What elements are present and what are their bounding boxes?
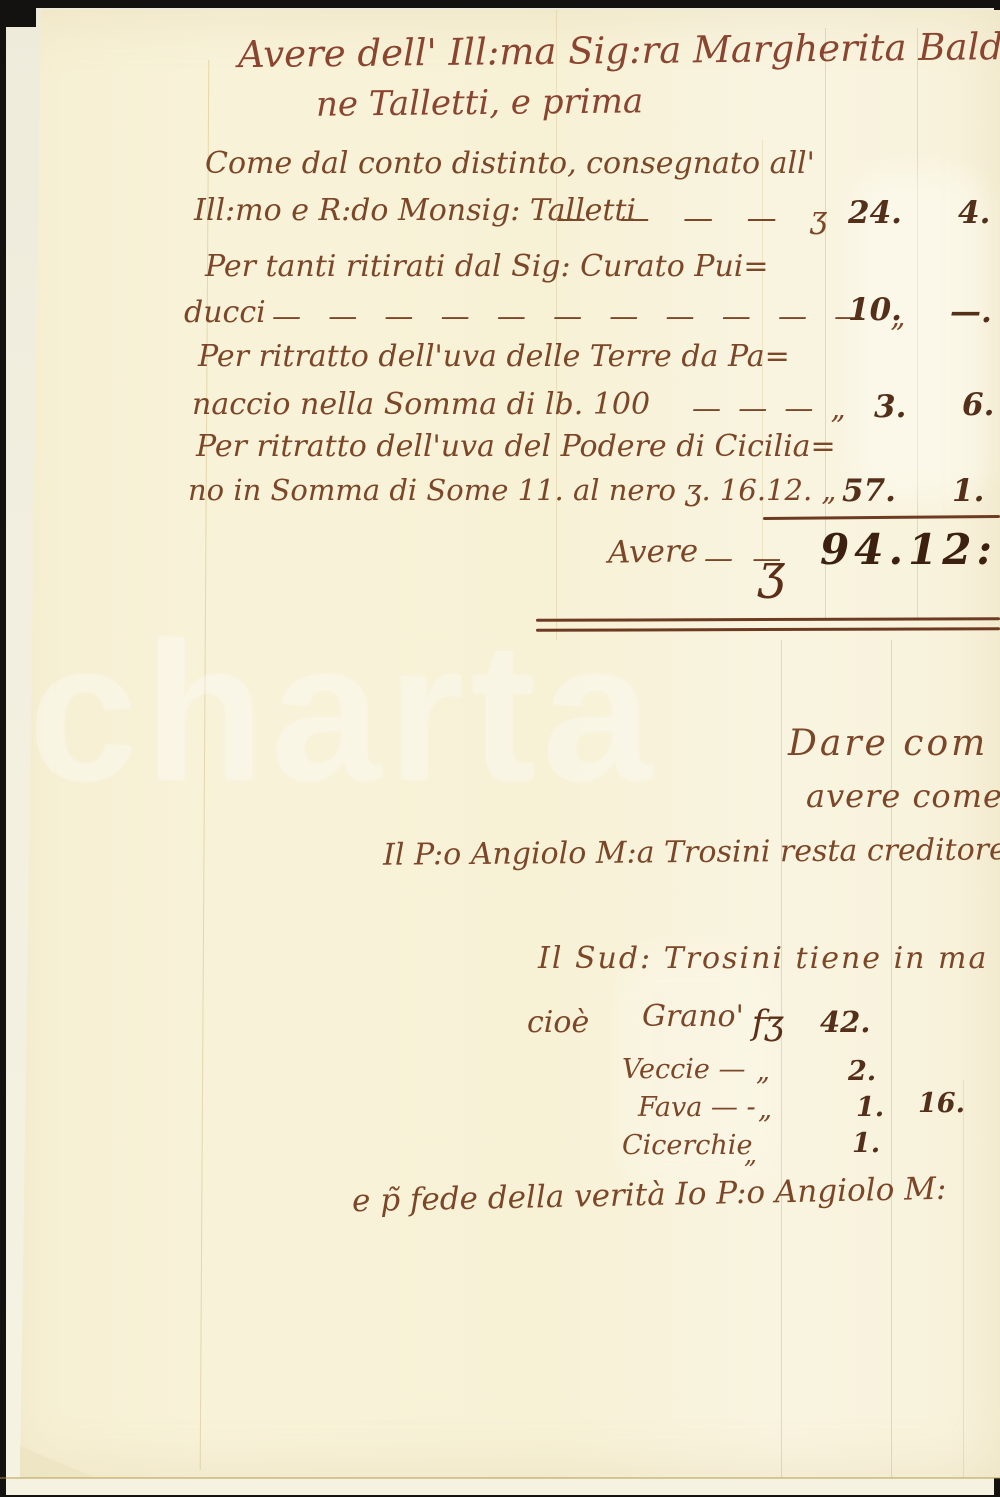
entry-3-line-2: naccio nella Somma di lb. 100 bbox=[192, 390, 650, 420]
total-value: 94.12: bbox=[820, 529, 997, 571]
entry-4-amount-soldi: 1. bbox=[952, 476, 984, 507]
entry-3-amount-soldi: 6. bbox=[962, 390, 994, 421]
grain-3-qty: 1. bbox=[856, 1094, 884, 1121]
fold-crease bbox=[781, 640, 782, 1478]
creditor-line: Il P:o Angiolo M:a Trosini resta credito… bbox=[383, 835, 1000, 870]
backdrop-corner bbox=[0, 0, 36, 27]
grain-3-qty2: 16. bbox=[918, 1090, 965, 1117]
entry-1-line-1: Come dal conto distinto, consegnato all' bbox=[205, 149, 815, 179]
entry-2-amount-lire: 10. bbox=[848, 295, 902, 326]
grain-2-unit: „ bbox=[756, 1058, 770, 1085]
entry-3-line-1: Per ritratto dell'uva delle Terre da Pa= bbox=[198, 342, 790, 372]
entry-3-dashes: — — — „ bbox=[692, 394, 846, 423]
entry-1-amount-lire: 24. bbox=[848, 198, 902, 229]
avere-line: avere come bbox=[806, 780, 1000, 812]
grain-3-name: Fava — - bbox=[638, 1094, 756, 1121]
grain-1-unit: ſʒ bbox=[752, 1006, 784, 1040]
entry-2-line-2: ducci bbox=[184, 298, 266, 328]
entry-3-amount-lire: 3. bbox=[874, 392, 906, 423]
entry-4-line-2: no in Somma di Some 11. al nero ʒ. 16.12… bbox=[188, 476, 836, 505]
dare-line: Dare com bbox=[788, 726, 988, 762]
backdrop-top-edge bbox=[0, 0, 1000, 8]
heading-line-2: ne Talletti, e prima bbox=[316, 84, 643, 121]
grain-2-qty: 2. bbox=[848, 1058, 876, 1085]
total-label: Avere bbox=[608, 536, 699, 569]
entry-4-line-1: Per ritratto dell'uva del Podere di Cici… bbox=[196, 432, 836, 462]
scanned-manuscript-photo: charta Avere dell' Ill:ma Sig:ra Margher… bbox=[0, 0, 1000, 1497]
grain-1-qty: 42. bbox=[820, 1008, 870, 1037]
fold-crease bbox=[963, 1080, 964, 1478]
entry-2-line-1: Per tanti ritirati dal Sig: Curato Pui= bbox=[205, 252, 769, 282]
grains-intro: cioè bbox=[527, 1008, 589, 1038]
grain-4-qty: 1. bbox=[852, 1130, 880, 1157]
grain-4-name: Cicerchie bbox=[622, 1132, 752, 1159]
heading-line-1: Avere dell' Ill:ma Sig:ra Margherita Bal… bbox=[238, 28, 1000, 73]
grain-2-name: Veccie — bbox=[622, 1056, 745, 1083]
entry-2-dashes: — — — — — — — — — — — „ bbox=[272, 302, 905, 331]
entry-1-amount-soldi: 4. bbox=[958, 198, 990, 229]
holder-line: Il Sud: Trosini tiene in ma bbox=[538, 944, 988, 974]
currency-glyph: ʒ bbox=[758, 548, 785, 596]
grain-3-unit: „ bbox=[758, 1096, 772, 1123]
grain-4-unit: „ bbox=[744, 1142, 757, 1167]
entry-2-amount-soldi: —. bbox=[950, 297, 992, 328]
bottom-fold-crease bbox=[0, 1477, 1000, 1479]
entry-1-dashes: — — — — ʒ bbox=[556, 204, 827, 234]
entry-4-amount-lire: 57. bbox=[842, 476, 896, 507]
fold-crease bbox=[891, 640, 892, 1478]
